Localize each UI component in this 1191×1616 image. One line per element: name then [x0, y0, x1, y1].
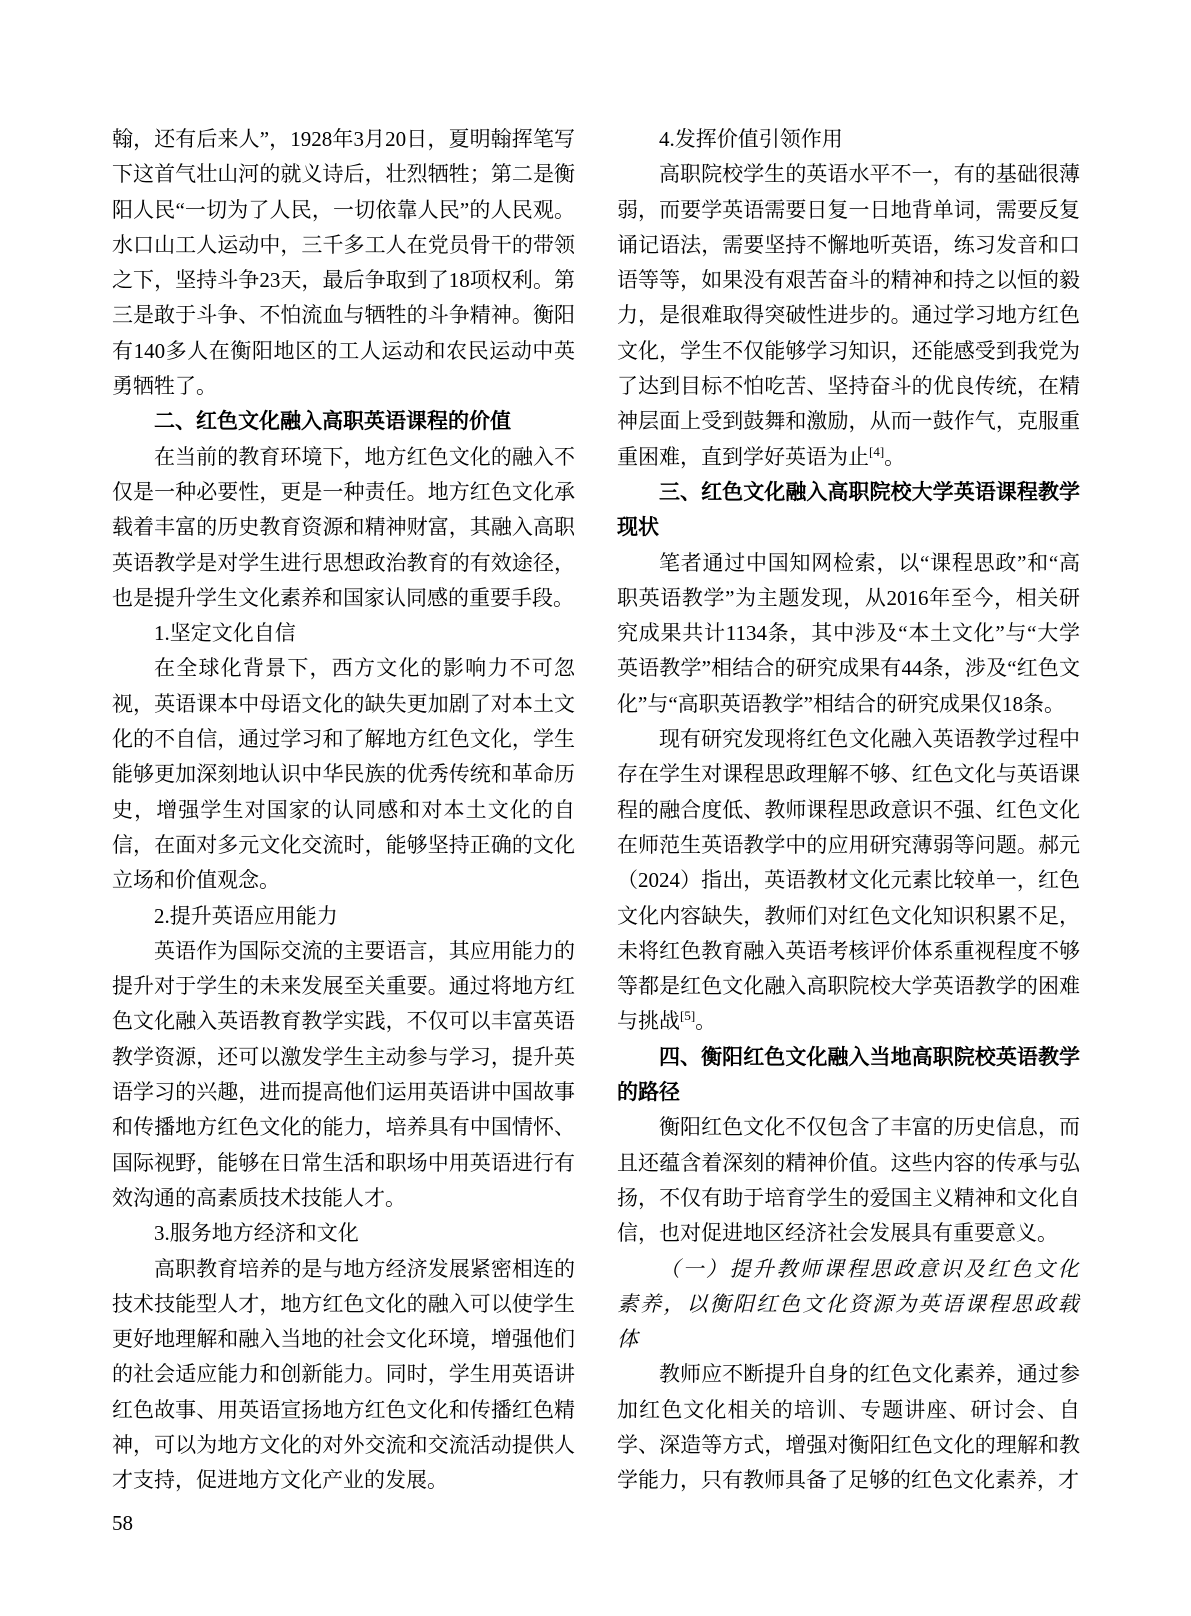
- section-heading: 三、红色文化融入高职院校大学英语课程教学现状: [617, 475, 1080, 546]
- journal-page: 翰，还有后来人”，1928年3月20日，夏明翰挥笔写下这首气壮山河的就义诗后，壮…: [0, 0, 1191, 1616]
- page-number: 58: [112, 1508, 133, 1538]
- right-column: 4.发挥价值引领作用 高职院校学生的英语水平不一，有的基础很薄弱，而要学英语需要…: [617, 122, 1080, 1499]
- paragraph: 笔者通过中国知网检索，以“课程思政”和“高职英语教学”为主题发现，从2016年至…: [617, 546, 1080, 722]
- paragraph: 衡阳红色文化不仅包含了丰富的历史信息，而且还蕴含着深刻的精神价值。这些内容的传承…: [617, 1110, 1080, 1251]
- sub-heading: 3.服务地方经济和文化: [112, 1216, 575, 1251]
- left-column: 翰，还有后来人”，1928年3月20日，夏明翰挥笔写下这首气壮山河的就义诗后，壮…: [112, 122, 575, 1499]
- paragraph: 在当前的教育环境下，地方红色文化的融入不仅是一种必要性，更是一种责任。地方红色文…: [112, 440, 575, 616]
- paragraph: 高职院校学生的英语水平不一，有的基础很薄弱，而要学英语需要日复一日地背单词，需要…: [617, 157, 1080, 475]
- footnote-ref: [5]: [680, 1008, 695, 1023]
- paragraph-text: 高职院校学生的英语水平不一，有的基础很薄弱，而要学英语需要日复一日地背单词，需要…: [617, 162, 1080, 468]
- paragraph: 翰，还有后来人”，1928年3月20日，夏明翰挥笔写下这首气壮山河的就义诗后，壮…: [112, 122, 575, 404]
- subsection-heading-kai: （一）提升教师课程思政意识及红色文化素养，以衡阳红色文化资源为英语课程思政载体: [617, 1252, 1080, 1358]
- paragraph-text: 。: [695, 1009, 716, 1033]
- paragraph: 高职教育培养的是与地方经济发展紧密相连的技术技能型人才，地方红色文化的融入可以使…: [112, 1252, 575, 1499]
- paragraph: 教师应不断提升自身的红色文化素养，通过参加红色文化相关的培训、专题讲座、研讨会、…: [617, 1357, 1080, 1498]
- paragraph-text: 。: [884, 445, 905, 469]
- paragraph-text: 现有研究发现将红色文化融入英语教学过程中存在学生对课程思政理解不够、红色文化与英…: [617, 727, 1080, 1033]
- paragraph: 英语作为国际交流的主要语言，其应用能力的提升对于学生的未来发展至关重要。通过将地…: [112, 934, 575, 1216]
- paragraph: 在全球化背景下，西方文化的影响力不可忽视，英语课本中母语文化的缺失更加剧了对本土…: [112, 651, 575, 898]
- footnote-ref: [4]: [869, 444, 884, 459]
- sub-heading: 1.坚定文化自信: [112, 616, 575, 651]
- section-heading: 二、红色文化融入高职英语课程的价值: [112, 404, 575, 439]
- section-heading: 四、衡阳红色文化融入当地高职院校英语教学的路径: [617, 1040, 1080, 1111]
- sub-heading: 2.提升英语应用能力: [112, 899, 575, 934]
- sub-heading: 4.发挥价值引领作用: [617, 122, 1080, 157]
- paragraph: 现有研究发现将红色文化融入英语教学过程中存在学生对课程思政理解不够、红色文化与英…: [617, 722, 1080, 1040]
